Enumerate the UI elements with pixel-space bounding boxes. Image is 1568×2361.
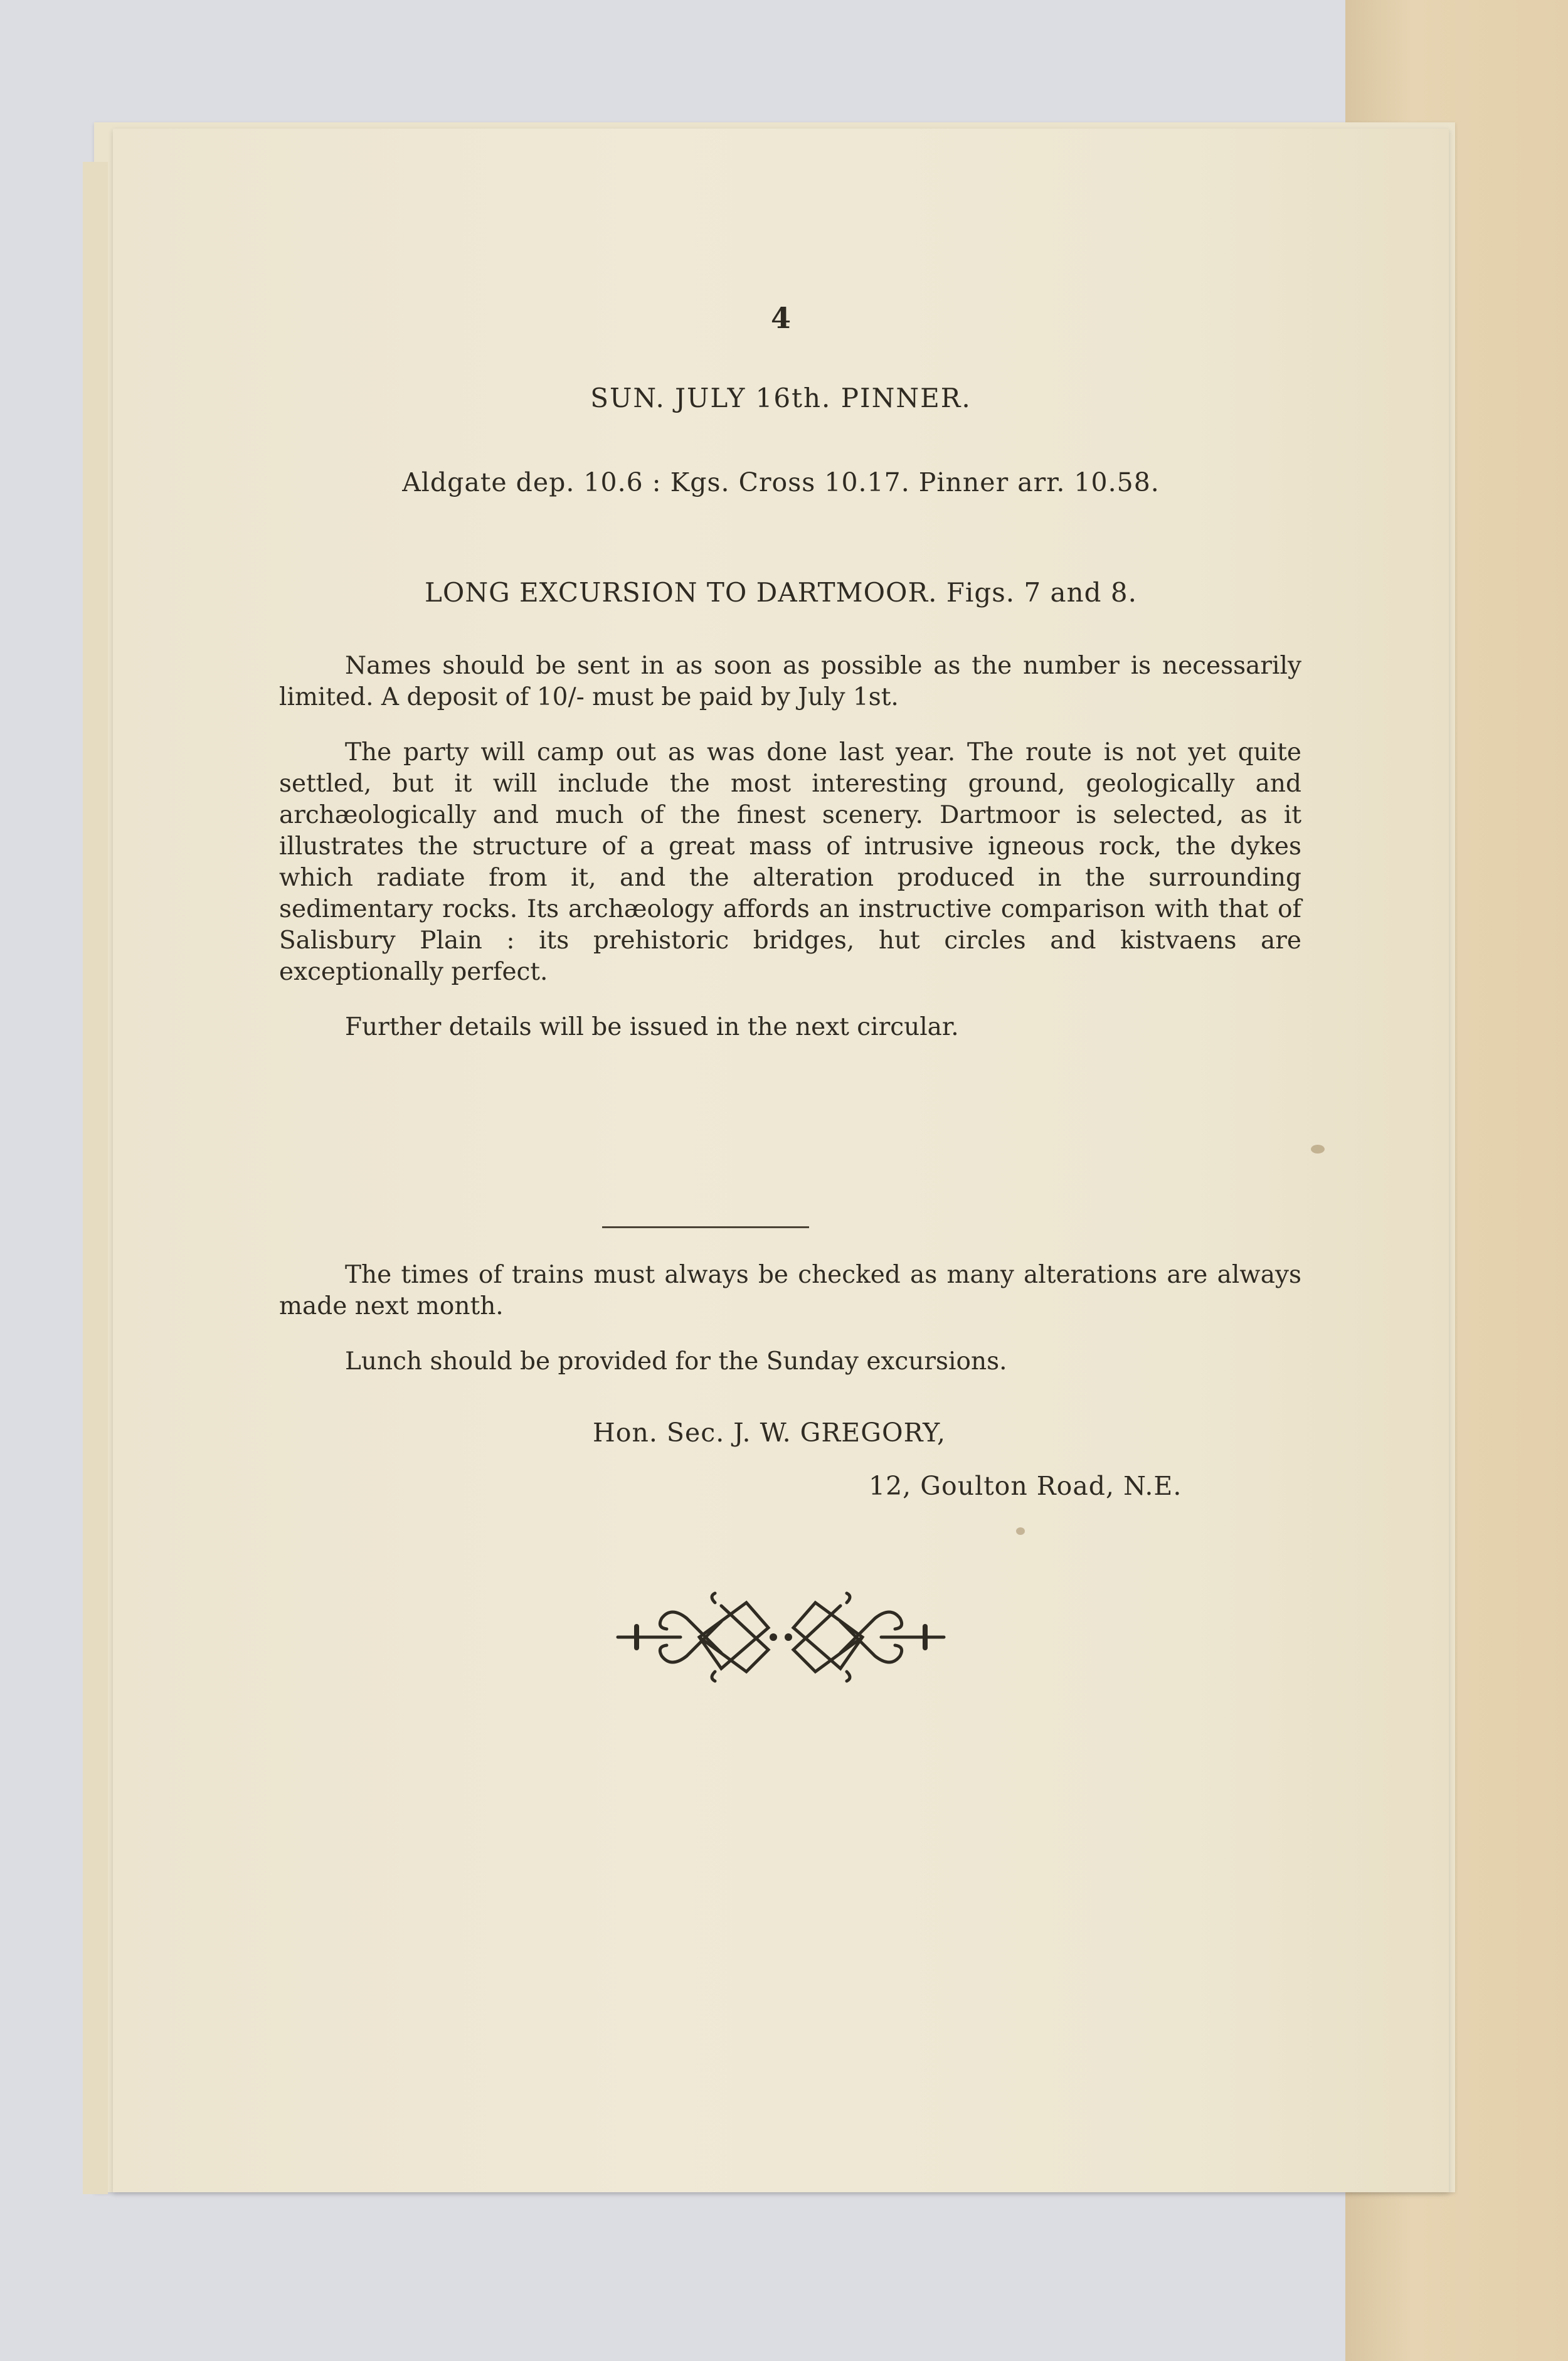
ornament-knot-icon [612, 1590, 950, 1684]
note-train-times: The times of trains must always be check… [279, 1260, 1301, 1322]
section-heading-pinner: SUN. JULY 16th. PINNER. [113, 383, 1449, 413]
train-timing: Aldgate dep. 10.6 : Kgs. Cross 10.17. Pi… [113, 467, 1449, 497]
paragraph-names: Names should be sent in as soon as possi… [279, 650, 1301, 713]
paragraph-party: The party will camp out as was done last… [279, 737, 1301, 988]
underlying-sheet-edge [83, 162, 108, 2194]
note-lunch: Lunch should be provided for the Sunday … [279, 1346, 1301, 1377]
paragraph-further: Further details will be issued in the ne… [279, 1012, 1301, 1043]
divider-rule [602, 1226, 809, 1228]
dartmoor-body: Names should be sent in as soon as possi… [279, 650, 1301, 1067]
foxing-stain [1016, 1527, 1025, 1535]
signature-line: Hon. Sec. J. W. GREGORY, [593, 1418, 946, 1448]
section-heading-dartmoor: LONG EXCURSION TO DARTMOOR. Figs. 7 and … [113, 577, 1449, 608]
document-page: 4 SUN. JULY 16th. PINNER. Aldgate dep. 1… [113, 129, 1449, 2192]
page-number: 4 [113, 301, 1449, 335]
notes-body: The times of trains must always be check… [279, 1260, 1301, 1401]
signature-address: 12, Goulton Road, N.E. [869, 1471, 1182, 1501]
foxing-stain [1311, 1145, 1325, 1154]
